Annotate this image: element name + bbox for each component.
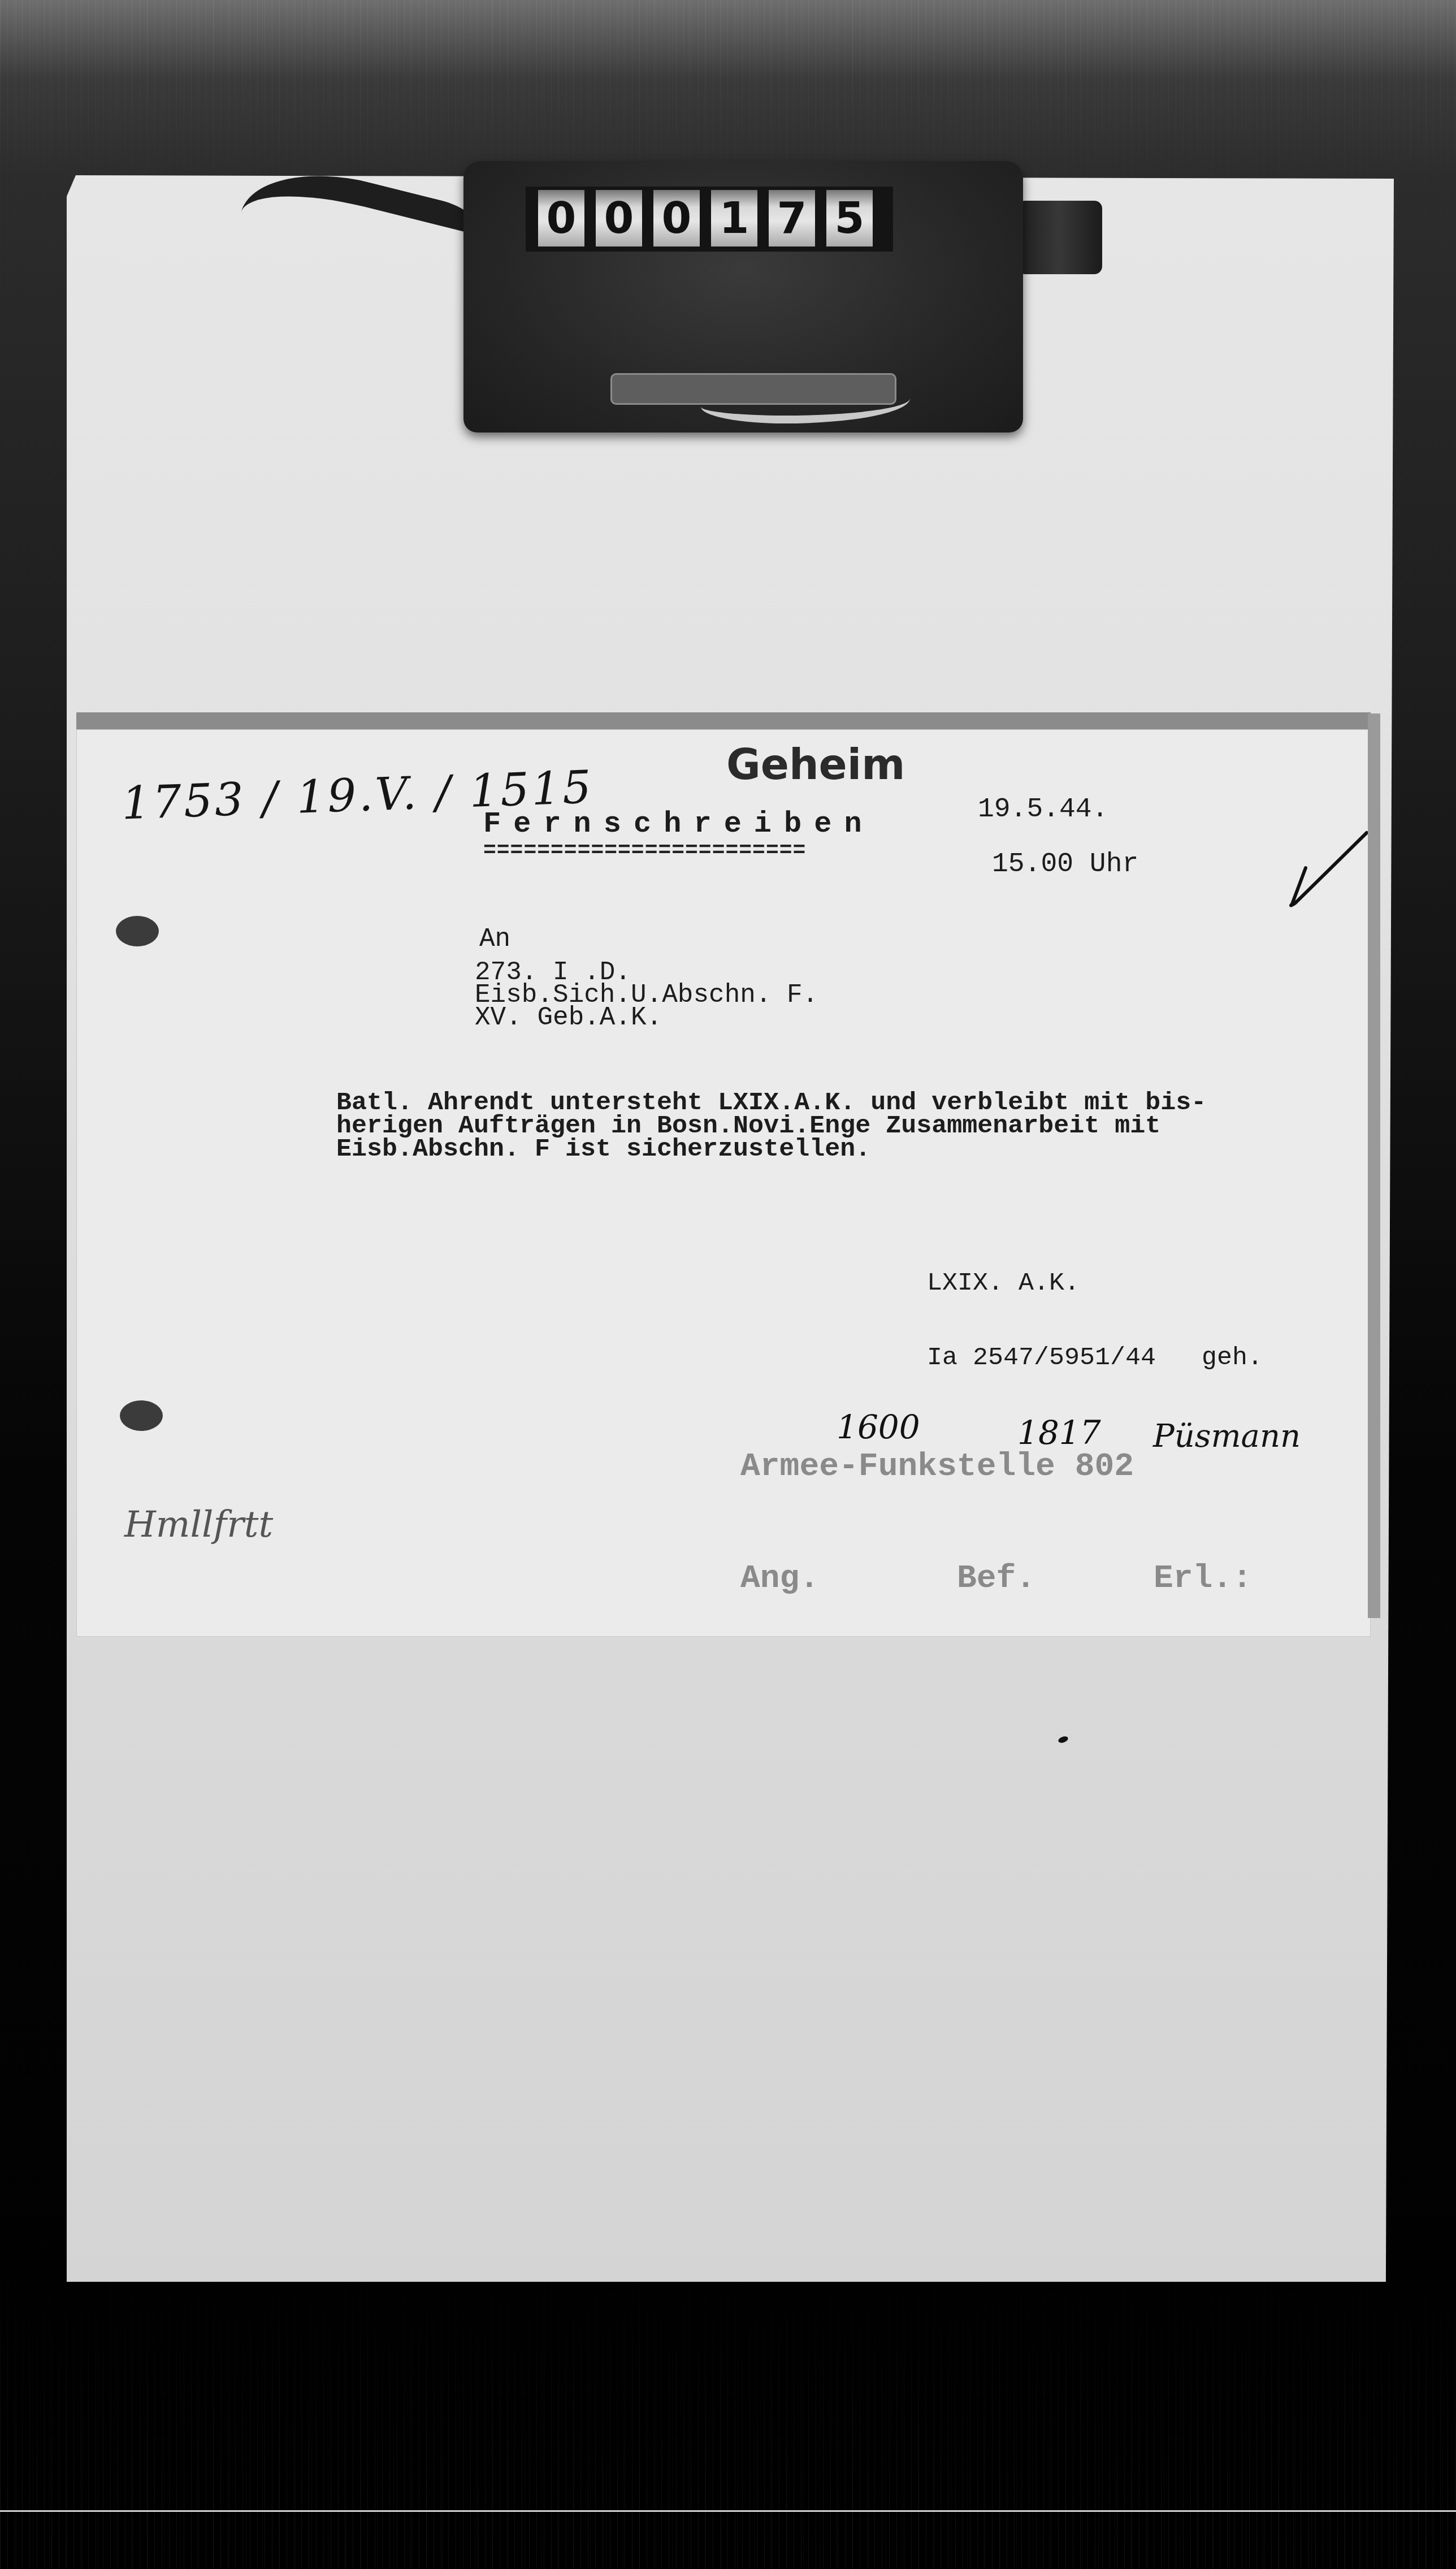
radio-station-stamp: Armee-Funkstelle 802 Ang. Bef. Erl.: bbox=[740, 1374, 1252, 1635]
body-line: Eisb.Abschn. F ist sicherzustellen. bbox=[336, 1138, 1206, 1161]
stamp-received-label: Ang. bbox=[740, 1560, 819, 1597]
counter-digit: 5 bbox=[826, 190, 873, 246]
counter-digit: 7 bbox=[769, 190, 815, 246]
stamp-received-value: 1600 bbox=[837, 1408, 920, 1446]
handwritten-margin-note: Hmllfrtt bbox=[124, 1504, 273, 1546]
operator-signature: Püsmann bbox=[1153, 1418, 1301, 1455]
sender-classification: geh. bbox=[1202, 1343, 1263, 1372]
heading-underline: ======================== bbox=[483, 839, 806, 863]
recipient-item: XV. Geb.A.K. bbox=[475, 1006, 818, 1029]
sender-block: LXIX. A.K. Ia 2547/5951/44 geh. bbox=[927, 1221, 1263, 1395]
counter-digit: 0 bbox=[538, 190, 584, 246]
stamp-handled-label: Erl.: bbox=[1154, 1560, 1252, 1597]
counter-wire bbox=[701, 382, 910, 423]
document-edge-shadow bbox=[1368, 713, 1380, 1618]
stamp-ordered-value: 1817 bbox=[1017, 1413, 1101, 1452]
counter-display: 0 0 0 1 7 5 bbox=[526, 187, 893, 252]
counter-knob bbox=[1017, 201, 1102, 274]
film-edge bbox=[0, 2510, 1456, 2512]
handwritten-checkmark-icon bbox=[1283, 828, 1368, 907]
counter-digit: 0 bbox=[653, 190, 700, 246]
document-type-heading: Fernschreiben bbox=[483, 807, 874, 841]
body-line: Batl. Ahrendt untersteht LXIX.A.K. und v… bbox=[336, 1091, 1206, 1114]
document-time: 15.00 Uhr bbox=[992, 849, 1138, 880]
message-body: Batl. Ahrendt untersteht LXIX.A.K. und v… bbox=[336, 1091, 1206, 1161]
recipient-label: An bbox=[479, 924, 510, 954]
counter-digit: 0 bbox=[596, 190, 642, 246]
body-line: herigen Aufträgen in Bosn.Novi.Enge Zusa… bbox=[336, 1114, 1206, 1138]
counter-digit: 1 bbox=[711, 190, 757, 246]
punch-hole-icon bbox=[120, 1400, 163, 1431]
punch-hole-icon bbox=[116, 916, 159, 946]
frame-counter-device: 0 0 0 1 7 5 bbox=[463, 161, 1023, 433]
sender-reference: Ia 2547/5951/44 bbox=[927, 1343, 1156, 1372]
document-date: 19.5.44. bbox=[978, 794, 1108, 825]
recipient-list: 273. I .D.Eisb.Sich.U.Abschn. F.XV. Geb.… bbox=[475, 961, 818, 1029]
stamp-ordered-label: Bef. bbox=[957, 1560, 1035, 1597]
sender-unit: LXIX. A.K. bbox=[927, 1271, 1263, 1296]
classification-stamp: Geheim bbox=[726, 741, 905, 789]
